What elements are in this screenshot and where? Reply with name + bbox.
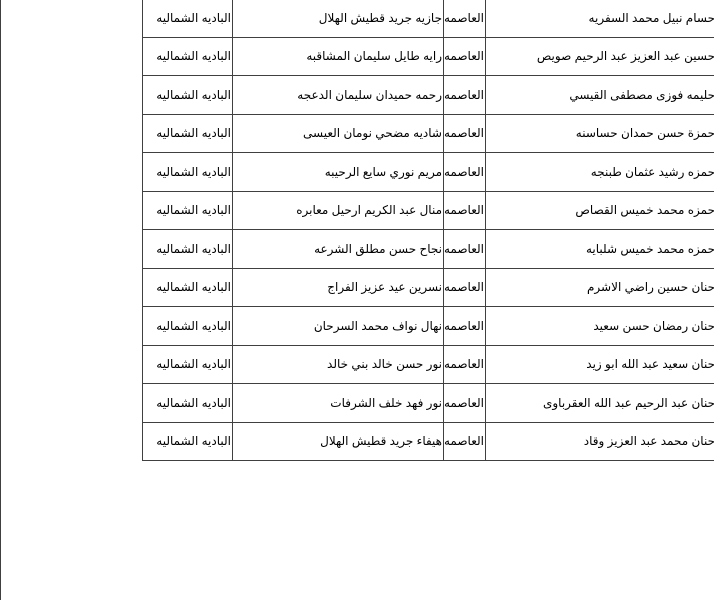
name-text: حمزه محمد خميس شلبايه: [586, 242, 714, 256]
cell-partner-name: نسرين عيد عزيز الفراج: [233, 268, 444, 307]
city-text: العاصمه: [444, 126, 484, 140]
cell-partner-name: هيفاء جريد قطيش الهلال: [233, 422, 444, 461]
partner-name-text: رايه طايل سليمان المشاقبه: [306, 49, 442, 63]
cell-region: الباديه الشماليه: [143, 422, 233, 461]
cell-partner-name: نور حسن خالد بني خالد: [233, 345, 444, 384]
city-text: العاصمه: [444, 88, 484, 102]
table-row: حليمه فوزى مصطفى القيسي العاصمه رحمه حمي…: [143, 76, 714, 115]
cell-region: الباديه الشماليه: [143, 345, 233, 384]
cell-city: العاصمه: [444, 345, 486, 384]
roster-table-container: حسام نبيل محمد السفريه العاصمه جازيه جري…: [142, 0, 713, 461]
cell-region: الباديه الشماليه: [143, 307, 233, 346]
region-text: الباديه الشماليه: [156, 11, 231, 25]
table-row: حنان عبد الرحيم عبد الله العقرباوى العاص…: [143, 384, 714, 423]
table-row: حمزه محمد خميس القصاص العاصمه منال عبد ا…: [143, 191, 714, 230]
partner-name-text: منال عبد الكريم ارحيل معابره: [296, 203, 442, 217]
partner-name-text: نور فهد خلف الشرفات: [330, 396, 442, 410]
partner-name-text: جازيه جريد قطيش الهلال: [319, 11, 442, 25]
name-text: حنان عبد الرحيم عبد الله العقرباوى: [543, 396, 714, 410]
cell-name: حسام نبيل محمد السفريه: [486, 0, 714, 37]
cell-region: الباديه الشماليه: [143, 153, 233, 192]
cell-partner-name: نهال نواف محمد السرحان: [233, 307, 444, 346]
cell-partner-name: رايه طايل سليمان المشاقبه: [233, 37, 444, 76]
cell-city: العاصمه: [444, 230, 486, 269]
cell-partner-name: رحمه حميدان سليمان الدعجه: [233, 76, 444, 115]
cell-partner-name: شاديه مضحي نومان العيسى: [233, 114, 444, 153]
city-text: العاصمه: [444, 49, 484, 63]
table-row: حنان سعيد عبد الله ابو زيد العاصمه نور ح…: [143, 345, 714, 384]
cell-city: العاصمه: [444, 114, 486, 153]
cell-city: العاصمه: [444, 37, 486, 76]
region-text: الباديه الشماليه: [156, 280, 231, 294]
cell-city: العاصمه: [444, 0, 486, 37]
cell-city: العاصمه: [444, 76, 486, 115]
cell-name: حنان سعيد عبد الله ابو زيد: [486, 345, 714, 384]
partner-name-text: رحمه حميدان سليمان الدعجه: [297, 88, 442, 102]
cell-city: العاصمه: [444, 384, 486, 423]
name-text: حسام نبيل محمد السفريه: [589, 11, 714, 25]
document-page: حسام نبيل محمد السفريه العاصمه جازيه جري…: [0, 0, 714, 600]
cell-name: حنان حسين راضي الاشرم: [486, 268, 714, 307]
partner-name-text: نجاح حسن مطلق الشرعه: [314, 242, 442, 256]
roster-table-body: حسام نبيل محمد السفريه العاصمه جازيه جري…: [143, 0, 714, 461]
table-row: حنان محمد عبد العزيز وقاد العاصمه هيفاء …: [143, 422, 714, 461]
cell-partner-name: منال عبد الكريم ارحيل معابره: [233, 191, 444, 230]
name-text: حنان محمد عبد العزيز وقاد: [584, 434, 714, 448]
region-text: الباديه الشماليه: [156, 434, 231, 448]
cell-name: حنان محمد عبد العزيز وقاد: [486, 422, 714, 461]
table-row: حنان رمضان حسن سعيد العاصمه نهال نواف مح…: [143, 307, 714, 346]
cell-region: الباديه الشماليه: [143, 114, 233, 153]
partner-name-text: نسرين عيد عزيز الفراج: [327, 280, 442, 294]
partner-name-text: شاديه مضحي نومان العيسى: [303, 126, 442, 140]
cell-name: حليمه فوزى مصطفى القيسي: [486, 76, 714, 115]
city-text: العاصمه: [444, 165, 484, 179]
table-row: حمزه رشيد عثمان طبنجه العاصمه مريم نوري …: [143, 153, 714, 192]
city-text: العاصمه: [444, 203, 484, 217]
page-left-border: [0, 0, 1, 600]
region-text: الباديه الشماليه: [156, 203, 231, 217]
cell-name: حنان عبد الرحيم عبد الله العقرباوى: [486, 384, 714, 423]
cell-name: حنان رمضان حسن سعيد: [486, 307, 714, 346]
cell-region: الباديه الشماليه: [143, 191, 233, 230]
city-text: العاصمه: [444, 396, 484, 410]
city-text: العاصمه: [444, 434, 484, 448]
name-text: حنان سعيد عبد الله ابو زيد: [586, 357, 714, 371]
cell-region: الباديه الشماليه: [143, 0, 233, 37]
region-text: الباديه الشماليه: [156, 319, 231, 333]
cell-city: العاصمه: [444, 153, 486, 192]
city-text: العاصمه: [444, 357, 484, 371]
cell-partner-name: نور فهد خلف الشرفات: [233, 384, 444, 423]
cell-partner-name: نجاح حسن مطلق الشرعه: [233, 230, 444, 269]
region-text: الباديه الشماليه: [156, 165, 231, 179]
cell-partner-name: جازيه جريد قطيش الهلال: [233, 0, 444, 37]
table-row: حسام نبيل محمد السفريه العاصمه جازيه جري…: [143, 0, 714, 37]
region-text: الباديه الشماليه: [156, 396, 231, 410]
cell-name: حمزه محمد خميس شلبايه: [486, 230, 714, 269]
region-text: الباديه الشماليه: [156, 88, 231, 102]
name-text: حمزه محمد خميس القصاص: [575, 203, 714, 217]
region-text: الباديه الشماليه: [156, 242, 231, 256]
roster-table: حسام نبيل محمد السفريه العاصمه جازيه جري…: [142, 0, 714, 461]
cell-partner-name: مريم نوري سايع الرحيبه: [233, 153, 444, 192]
partner-name-text: مريم نوري سايع الرحيبه: [325, 165, 442, 179]
partner-name-text: نور حسن خالد بني خالد: [327, 357, 442, 371]
name-text: حليمه فوزى مصطفى القيسي: [569, 88, 714, 102]
name-text: حنان حسين راضي الاشرم: [587, 280, 714, 294]
cell-region: الباديه الشماليه: [143, 37, 233, 76]
region-text: الباديه الشماليه: [156, 357, 231, 371]
cell-name: حمزه محمد خميس القصاص: [486, 191, 714, 230]
cell-name: حمزه رشيد عثمان طبنجه: [486, 153, 714, 192]
region-text: الباديه الشماليه: [156, 49, 231, 63]
partner-name-text: نهال نواف محمد السرحان: [314, 319, 442, 333]
cell-region: الباديه الشماليه: [143, 76, 233, 115]
cell-name: حسين عبد العزيز عبد الرحيم صويص: [486, 37, 714, 76]
name-text: حسين عبد العزيز عبد الرحيم صويص: [537, 49, 714, 63]
cell-city: العاصمه: [444, 422, 486, 461]
region-text: الباديه الشماليه: [156, 126, 231, 140]
table-row: حمزة حسن حمدان حساسنه العاصمه شاديه مضحي…: [143, 114, 714, 153]
city-text: العاصمه: [444, 319, 484, 333]
name-text: حمزة حسن حمدان حساسنه: [576, 126, 714, 140]
cell-name: حمزة حسن حمدان حساسنه: [486, 114, 714, 153]
cell-region: الباديه الشماليه: [143, 230, 233, 269]
city-text: العاصمه: [444, 242, 484, 256]
table-row: حنان حسين راضي الاشرم العاصمه نسرين عيد …: [143, 268, 714, 307]
city-text: العاصمه: [444, 11, 484, 25]
table-row: حمزه محمد خميس شلبايه العاصمه نجاح حسن م…: [143, 230, 714, 269]
cell-city: العاصمه: [444, 268, 486, 307]
cell-region: الباديه الشماليه: [143, 384, 233, 423]
name-text: حمزه رشيد عثمان طبنجه: [591, 165, 714, 179]
table-row: حسين عبد العزيز عبد الرحيم صويص العاصمه …: [143, 37, 714, 76]
cell-city: العاصمه: [444, 307, 486, 346]
city-text: العاصمه: [444, 280, 484, 294]
name-text: حنان رمضان حسن سعيد: [593, 319, 714, 333]
cell-city: العاصمه: [444, 191, 486, 230]
cell-region: الباديه الشماليه: [143, 268, 233, 307]
partner-name-text: هيفاء جريد قطيش الهلال: [320, 434, 442, 448]
